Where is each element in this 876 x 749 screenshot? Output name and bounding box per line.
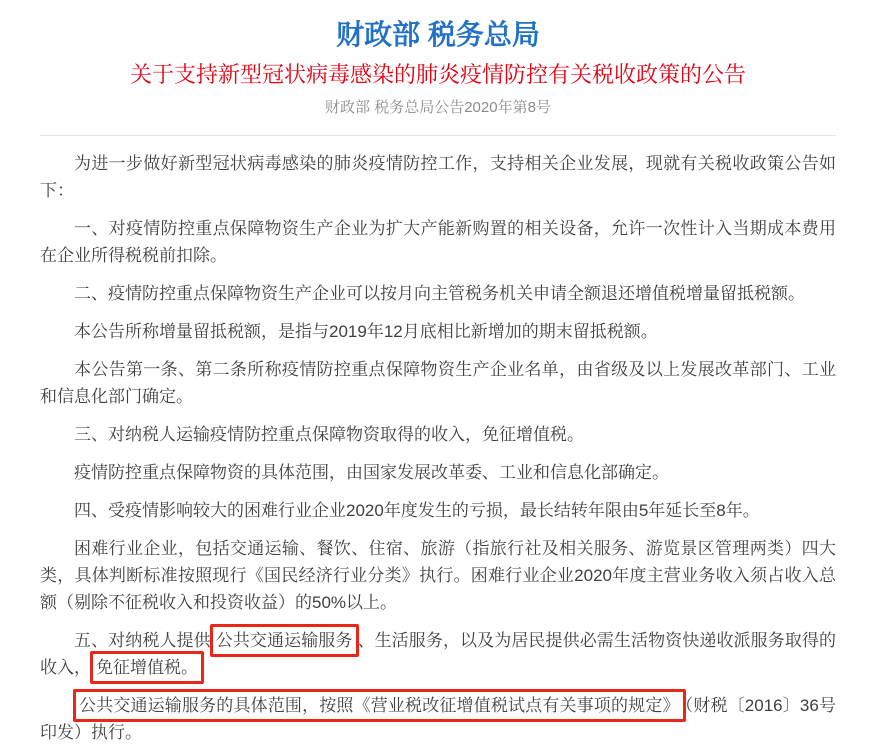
paragraph-text: 五、对纳税人提供 [74,631,211,650]
document-paragraph: 三、对纳税人运输疫情防控重点保障物资取得的收入，免征增值税。 [40,421,836,448]
paragraph-text: 困难行业企业，包括交通运输、餐饮、住宿、旅游（指旅行社及相关服务、游览景区管理两… [40,539,836,612]
document-paragraph: 一、对疫情防控重点保障物资生产企业为扩大产能新购置的相关设备，允许一次性计入当期… [40,215,836,269]
announcement-title: 关于支持新型冠状病毒感染的肺炎疫情防控有关税收政策的公告 [40,61,836,89]
document-paragraph: 公共交通运输服务的具体范围，按照《营业税改征增值税试点有关事项的规定》（财税〔2… [40,692,836,746]
paragraph-text: 疫情防控重点保障物资的具体范围，由国家发展改革委、工业和信息化部确定。 [74,463,669,482]
document-body: 为进一步做好新型冠状病毒感染的肺炎疫情防控工作，支持相关企业发展，现就有关税收政… [40,136,836,746]
red-highlight-box: 免征增值税。 [90,651,204,684]
paragraph-text: 为进一步做好新型冠状病毒感染的肺炎疫情防控工作，支持相关企业发展，现就有关税收政… [40,154,836,200]
paragraph-text: 一、对疫情防控重点保障物资生产企业为扩大产能新购置的相关设备，允许一次性计入当期… [40,219,836,265]
document-paragraph: 疫情防控重点保障物资的具体范围，由国家发展改革委、工业和信息化部确定。 [40,459,836,486]
document-paragraph: 本公告所称增量留抵税额，是指与2019年12月底相比新增加的期末留抵税额。 [40,318,836,345]
red-highlight-box: 公共交通运输服务 [210,624,359,657]
red-highlight-box: 公共交通运输服务的具体范围，按照《营业税改征增值税试点有关事项的规定》 [73,689,686,722]
paragraph-text: 本公告所称增量留抵税额，是指与2019年12月底相比新增加的期末留抵税额。 [74,322,658,341]
announcement-document: 财政部 税务总局 关于支持新型冠状病毒感染的肺炎疫情防控有关税收政策的公告 财政… [0,0,876,746]
announcement-number: 财政部 税务总局公告2020年第8号 [40,98,836,118]
paragraph-text: 四、受疫情影响较大的困难行业企业2020年度发生的亏损，最长结转年限由5年延长至… [74,501,760,520]
document-paragraph: 五、对纳税人提供公共交通运输服务、生活服务，以及为居民提供必需生活物资快递收派服… [40,627,836,681]
paragraph-text: 本公告第一条、第二条所称疫情防控重点保障物资生产企业名单，由省级及以上发展改革部… [40,360,836,406]
document-paragraph: 四、受疫情影响较大的困难行业企业2020年度发生的亏损，最长结转年限由5年延长至… [40,497,836,524]
document-paragraph: 本公告第一条、第二条所称疫情防控重点保障物资生产企业名单，由省级及以上发展改革部… [40,356,836,410]
document-paragraph: 二、疫情防控重点保障物资生产企业可以按月向主管税务机关申请全额退还增值税增量留抵… [40,280,836,307]
document-paragraph: 为进一步做好新型冠状病毒感染的肺炎疫情防控工作，支持相关企业发展，现就有关税收政… [40,150,836,204]
issuing-agency-title: 财政部 税务总局 [40,18,836,52]
document-paragraph: 困难行业企业，包括交通运输、餐饮、住宿、旅游（指旅行社及相关服务、游览景区管理两… [40,535,836,616]
paragraph-text: 三、对纳税人运输疫情防控重点保障物资取得的收入，免征增值税。 [74,425,584,444]
paragraph-text: 二、疫情防控重点保障物资生产企业可以按月向主管税务机关申请全额退还增值税增量留抵… [74,284,805,303]
document-header: 财政部 税务总局 关于支持新型冠状病毒感染的肺炎疫情防控有关税收政策的公告 财政… [40,0,836,118]
